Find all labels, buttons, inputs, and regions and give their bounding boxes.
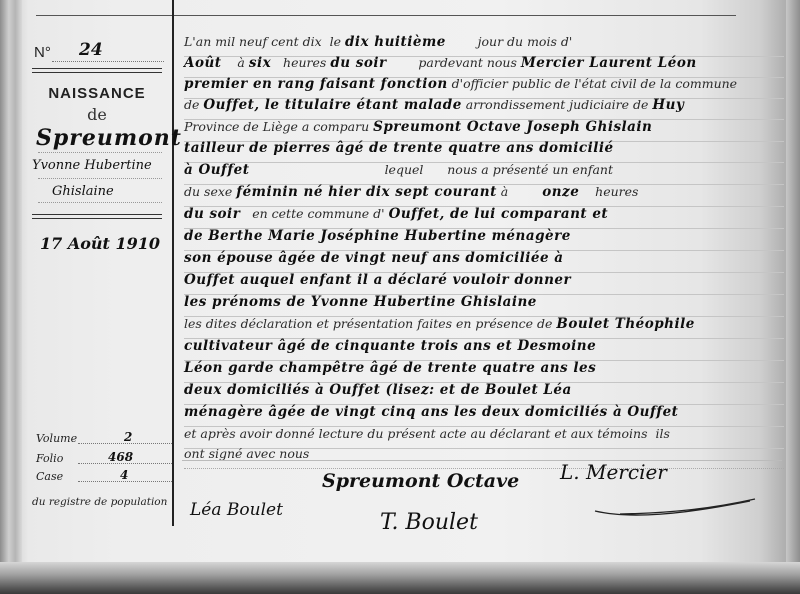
top-rule	[36, 15, 736, 16]
handwritten-entry: Ouffet, le titulaire étant malade	[203, 97, 461, 113]
handwritten-entry: dix huitième	[345, 34, 446, 50]
text-line: à Ouffet lequel nous a présenté un enfan…	[184, 162, 784, 185]
entry-number: N° 24	[34, 42, 164, 64]
text-line: Ouffet auquel enfant il a déclaré vouloi…	[184, 272, 784, 295]
printed-text: à	[222, 55, 249, 70]
handwritten-entry: Huy	[652, 97, 684, 113]
register-page: N° 24 NAISSANCE de Spreumont Yvonne Hube…	[0, 0, 800, 594]
handwritten-entry: onze	[516, 184, 579, 200]
printed-text: d'officier public de l'état civil de la …	[448, 76, 737, 91]
handwritten-entry: Mercier Laurent Léon	[521, 55, 697, 71]
text-line: de Berthe Marie Joséphine Hubertine ména…	[184, 228, 784, 251]
registration-date: 17 Août 1910	[40, 234, 160, 253]
printed-text: arrondissement judiciaire de	[462, 97, 653, 112]
case-row: Case 4	[36, 470, 166, 483]
signature-rule	[182, 460, 782, 461]
text-line: ont signé avec nous	[184, 446, 784, 469]
text-line: cultivateur âgé de cinquante trois ans e…	[184, 338, 784, 361]
number-label: N°	[34, 44, 51, 61]
handwritten-entry: Léon garde champêtre âgé de trente quatr…	[184, 360, 596, 376]
handwritten-entry: six	[249, 55, 271, 71]
handwritten-entry: deux domiciliés à Ouffet (lisez: et de B…	[184, 382, 572, 398]
text-line: ménagère âgée de vingt cinq ans les deux…	[184, 404, 784, 427]
volume-row: Volume 2	[36, 432, 166, 445]
printed-text: de	[184, 97, 203, 112]
printed-text: lequel nous a présenté un enfant	[249, 162, 613, 177]
handwritten-entry: Août	[184, 55, 222, 71]
text-line: premier en rang faisant fonction d'offic…	[184, 76, 784, 99]
printed-text: et après avoir donné lecture du présent …	[184, 426, 670, 441]
text-line: du sexe féminin né hier dix sept courant…	[184, 184, 784, 207]
signature-t-boulet: T. Boulet	[380, 510, 478, 535]
printed-text: en cette commune d'	[240, 206, 388, 221]
text-line: tailleur de pierres âgé de trente quatre…	[184, 140, 784, 163]
printed-text: heures	[271, 55, 330, 70]
handwritten-entry: premier en rang faisant fonction	[184, 76, 448, 92]
handwritten-entry: cultivateur âgé de cinquante trois ans e…	[184, 338, 596, 354]
child-given-names: Yvonne Hubertine	[32, 158, 152, 173]
population-register-label: du registre de population	[32, 496, 167, 508]
text-line: deux domiciliés à Ouffet (lisez: et de B…	[184, 382, 784, 405]
folio-row: Folio 468	[36, 452, 166, 465]
handwritten-entry: tailleur de pierres âgé de trente quatre…	[184, 140, 614, 156]
child-surname: Spreumont	[36, 125, 182, 151]
text-line: les prénoms de Yvonne Hubertine Ghislain…	[184, 294, 784, 317]
text-line: de Ouffet, le titulaire étant malade arr…	[184, 97, 784, 120]
printed-text: jour du mois d'	[446, 34, 572, 49]
divider	[32, 68, 162, 73]
volume-value: 2	[124, 430, 132, 444]
binding-shadow	[0, 0, 22, 594]
signature-lea-boulet: Léa Boulet	[190, 500, 283, 520]
printed-text: du sexe	[184, 184, 236, 199]
text-line: Août à six heures du soir pardevant nous…	[184, 55, 784, 78]
printed-text: à	[497, 184, 516, 199]
handwritten-entry: Boulet Théophile	[556, 316, 694, 332]
page-bottom-edge	[0, 562, 800, 594]
text-line: L'an mil neuf cent dix le dix huitième j…	[184, 34, 784, 57]
signature-spreumont: Spreumont Octave	[322, 470, 519, 492]
handwritten-entry: de Berthe Marie Joséphine Hubertine ména…	[184, 228, 571, 244]
text-line: son épouse âgée de vingt neuf ans domici…	[184, 250, 784, 273]
signature-mercier: L. Mercier	[560, 460, 667, 484]
printed-text: pardevant nous	[387, 55, 521, 70]
text-line: du soir en cette commune d' Ouffet, de l…	[184, 206, 784, 229]
heading-de: de	[30, 105, 164, 124]
printed-text: ont signé avec nous	[184, 446, 309, 461]
handwritten-entry: du soir	[330, 55, 386, 71]
divider	[32, 214, 162, 219]
handwritten-entry: son épouse âgée de vingt neuf ans domici…	[184, 250, 564, 266]
handwritten-entry: du soir	[184, 206, 240, 222]
handwritten-entry: Spreumont Octave Joseph Ghislain	[373, 119, 652, 135]
printed-text: L'an mil neuf cent dix le	[184, 34, 345, 49]
printed-text: Province de Liège a comparu	[184, 119, 373, 134]
page-edge	[786, 0, 800, 594]
handwritten-entry: Ouffet, de lui comparant et	[389, 206, 609, 222]
text-line: Province de Liège a comparu Spreumont Oc…	[184, 119, 784, 142]
handwritten-entry: ménagère âgée de vingt cinq ans les deux…	[184, 404, 678, 420]
heading-naissance: NAISSANCE	[30, 85, 164, 102]
handwritten-entry: les prénoms de Yvonne Hubertine Ghislain…	[184, 294, 537, 310]
handwritten-entry: féminin né hier dix sept courant	[236, 184, 497, 200]
handwritten-entry: Ouffet auquel enfant il a déclaré vouloi…	[184, 272, 571, 288]
case-value: 4	[120, 468, 128, 482]
folio-value: 468	[108, 450, 133, 464]
handwritten-entry: à Ouffet	[184, 162, 249, 178]
text-line: les dites déclaration et présentation fa…	[184, 316, 784, 339]
printed-text: les dites déclaration et présentation fa…	[184, 316, 556, 331]
signature-flourish-icon	[590, 497, 760, 519]
child-given-names-2: Ghislaine	[52, 184, 114, 199]
column-divider	[172, 0, 174, 526]
printed-text: heures	[579, 184, 638, 199]
text-line: Léon garde champêtre âgé de trente quatr…	[184, 360, 784, 383]
number-value: 24	[79, 40, 103, 60]
